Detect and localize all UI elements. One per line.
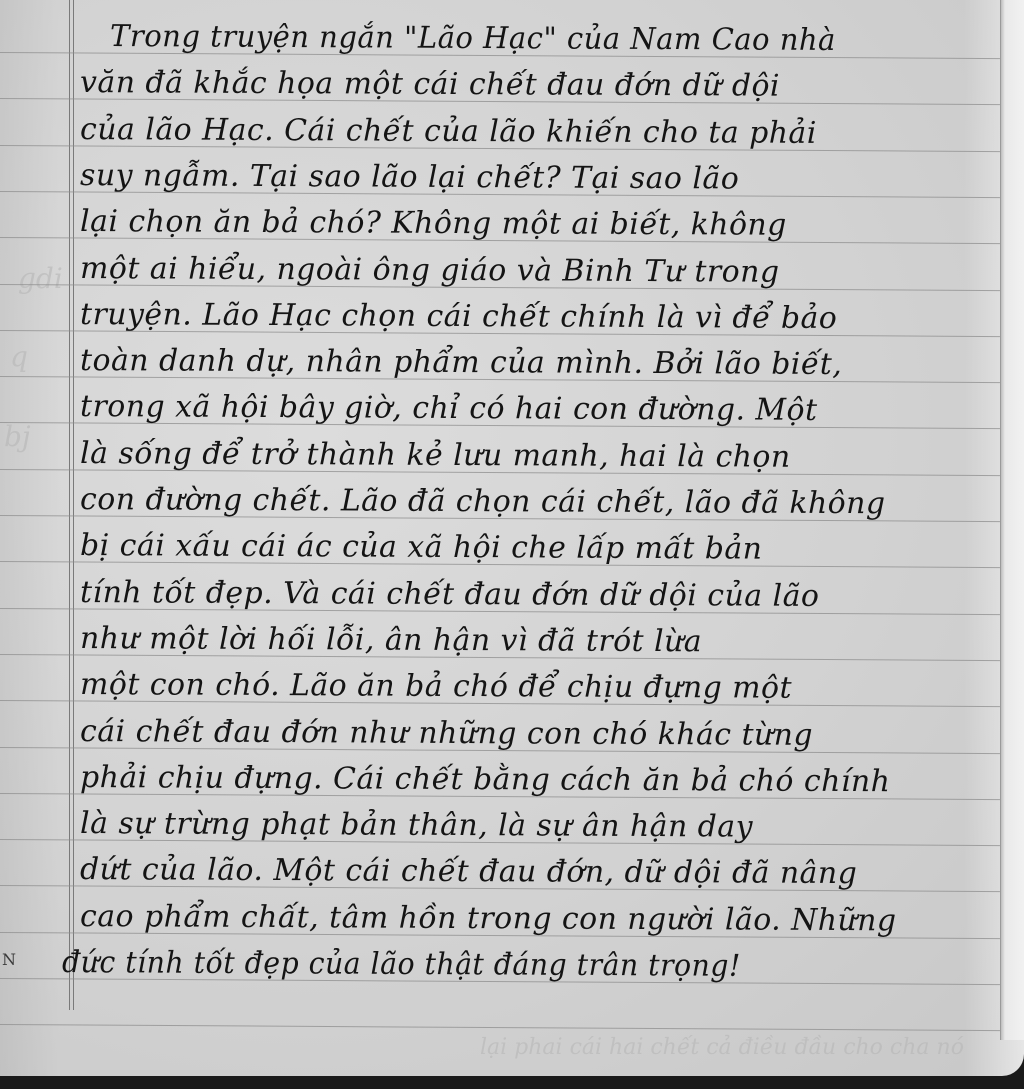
handwritten-line: cái chết đau đớn như những con chó khác … (80, 713, 986, 756)
handwritten-line: là sự trừng phạt bản thân, là sự ân hận … (80, 805, 986, 848)
handwritten-line: bị cái xấu cái ác của xã hội che lấp mất… (80, 527, 986, 570)
handwritten-line: cao phẩm chất, tâm hồn trong con người l… (80, 898, 986, 941)
handwritten-line: lại chọn ăn bả chó? Không một ai biết, k… (80, 203, 986, 246)
handwritten-line: đức tính tốt đẹp của lão thật đáng trân … (62, 944, 922, 987)
handwritten-line: Trong truyện ngắn "Lão Hạc" của Nam Cao … (110, 18, 990, 61)
margin-mark: N (2, 950, 16, 969)
handwritten-line: một con chó. Lão ăn bả chó để chịu đựng … (80, 666, 986, 709)
ghost-text: lại phai cái hai chết cả điều đầu cho ch… (480, 1035, 964, 1060)
ghost-text: bj (4, 420, 31, 453)
page-edge (1000, 0, 1024, 1040)
handwritten-line: toàn danh dự, nhân phẩm của mình. Bởi lã… (80, 342, 986, 385)
ruled-line (0, 1024, 1000, 1031)
handwritten-line: văn đã khắc họa một cái chết đau đớn dữ … (80, 64, 986, 107)
handwritten-line: truyện. Lão Hạc chọn cái chết chính là v… (80, 296, 986, 339)
margin-line (73, 0, 74, 1010)
handwritten-line: như một lời hối lỗi, ân hận vì đã trót l… (80, 620, 986, 663)
handwritten-line: dứt của lão. Một cái chết đau đớn, dữ dộ… (80, 851, 986, 894)
handwritten-line: một ai hiểu, ngoài ông giáo và Binh Tư t… (80, 250, 986, 293)
handwritten-line: con đường chết. Lão đã chọn cái chết, lã… (80, 481, 986, 524)
handwritten-line: là sống để trở thành kẻ lưu manh, hai là… (80, 435, 986, 478)
handwritten-line: phải chịu đựng. Cái chết bằng cách ăn bả… (80, 759, 986, 802)
ghost-text: q (10, 340, 28, 373)
handwritten-line: tính tốt đẹp. Và cái chết đau đớn dữ dội… (80, 574, 986, 617)
ghost-text: gdi (18, 262, 63, 295)
handwritten-line: suy ngẫm. Tại sao lão lại chết? Tại sao … (80, 157, 986, 200)
notebook-photo: gdi q bj lại phai cái hai chết cả điều đ… (0, 0, 1024, 1089)
handwritten-line: của lão Hạc. Cái chết của lão khiến cho … (80, 111, 986, 154)
margin-line (69, 0, 70, 1010)
notebook-page: gdi q bj lại phai cái hai chết cả điều đ… (0, 0, 1024, 1076)
handwritten-line: trong xã hội bây giờ, chỉ có hai con đườ… (80, 388, 986, 431)
